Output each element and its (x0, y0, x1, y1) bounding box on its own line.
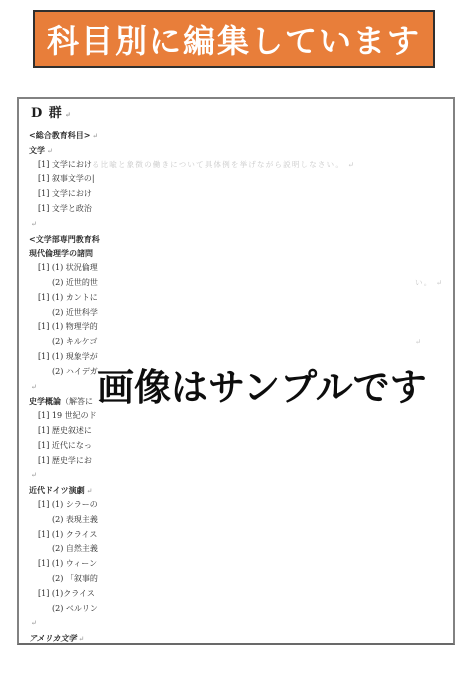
banner-label: 科目別に編集しています (47, 16, 421, 62)
doc-line-text: アメリカ文学 (29, 633, 76, 643)
doc-line: [1] 歴史学にお (29, 454, 443, 469)
doc-line: [1] (1) 物理学的 (29, 320, 443, 335)
doc-line-text: 近代ドイツ演劇 (29, 485, 85, 495)
doc-line: [1] 文学における比喩と象徴の働きについて具体例を挙げながら説明しなさい。 ↵ (29, 158, 443, 173)
sample-banner: 科目別に編集しています (33, 10, 435, 68)
doc-line: アメリカ文学↵ (29, 631, 443, 646)
faint-text: る比喩と象徴の働きについて具体例を挙げながら説明しなさい。 ↵ (92, 160, 355, 169)
return-mark: ↵ (31, 383, 37, 391)
doc-line-text: [1] (1) 現象学が (38, 352, 98, 361)
doc-line-text: [1] (1) クライス (38, 530, 97, 539)
document-group-title: D 群↵ (31, 102, 72, 121)
return-mark: ↵ (31, 619, 37, 627)
doc-line: ↵ (29, 468, 443, 483)
doc-line-text: [1] (1) 状況倫理 (38, 263, 98, 272)
doc-line-text: 史学概論 (29, 396, 61, 406)
doc-line-text: [1] (1) シラーの (38, 500, 98, 509)
doc-line: ↵ (29, 616, 443, 631)
doc-line-text: [1] 近代になっ (38, 441, 92, 450)
doc-line: [1] 歴史叙述に (29, 424, 443, 439)
doc-line-text: [1] 19 世紀のド (38, 411, 97, 420)
doc-line-text: [1] 歴史学にお (38, 456, 92, 465)
doc-line: [1] (1) ウィーン (29, 557, 443, 572)
doc-line-text: (2) 近世科学 (52, 308, 98, 317)
group-title-text: D 群 (31, 106, 63, 121)
doc-line: (2) 近世的世い。 ↵ (29, 276, 443, 291)
doc-line-text: 現代倫理学の諸問 (29, 248, 93, 258)
doc-line: [1] (1)クライス (29, 587, 443, 602)
doc-line: <総合教育科目>↵ (29, 128, 443, 143)
doc-line: [1] 19 世紀のド (29, 409, 443, 424)
doc-line: 文学↵ (29, 143, 443, 158)
doc-line-text: (2) 近世的世 (52, 278, 98, 287)
return-mark: ↵ (31, 471, 37, 479)
doc-line-suffix: （解答に (61, 397, 93, 406)
faint-text: ↵ (415, 335, 422, 350)
doc-line-text: 文学 (29, 145, 45, 155)
doc-line-text: [1] (1) ウィーン (38, 559, 97, 568)
doc-line: [1] 文学と政治 (29, 202, 443, 217)
doc-line-text: (2) 表現主義 (52, 515, 98, 524)
doc-line: (2) 「叙事的 (29, 572, 443, 587)
doc-line: [1] 近代になっ (29, 439, 443, 454)
return-mark: ↵ (31, 220, 37, 228)
doc-line: <文学部専門教育科 (29, 232, 443, 247)
doc-line: [1] 文学におけ (29, 187, 443, 202)
doc-line-text: <文学部専門教育科 (29, 234, 100, 244)
doc-line: 近代ドイツ演劇↵ (29, 483, 443, 498)
doc-line-text: <総合教育科目> (29, 130, 90, 140)
doc-line-text: [1] (1)クライス (38, 589, 95, 598)
return-mark: ↵ (87, 487, 93, 495)
doc-line: [1] (1) カントに (29, 291, 443, 306)
doc-line: (2) 自然主義 (29, 542, 443, 557)
doc-line: [1] 叙事文学の| (29, 172, 443, 187)
doc-line: (2) キルケゴ↵ (29, 335, 443, 350)
doc-line-text: (2) 「叙事的 (52, 574, 98, 583)
doc-line-text: (2) ハイデガ (52, 367, 98, 376)
doc-line-text: [1] (1) 物理学的 (38, 322, 98, 331)
return-mark: ↵ (92, 132, 98, 140)
doc-line-text: [1] (1) カントに (38, 293, 98, 302)
doc-line-text: (2) 自然主義 (52, 544, 98, 553)
return-mark: ↵ (65, 110, 72, 119)
doc-line-text: [1] 文学におけ (38, 160, 92, 169)
doc-line: 現代倫理学の諸問 (29, 246, 443, 261)
document-page: D 群↵ <総合教育科目>↵文学↵[1] 文学における比喩と象徴の働きについて具… (17, 97, 455, 645)
doc-line: [1] (1) クライス (29, 528, 443, 543)
doc-line: (2) 表現主義 (29, 513, 443, 528)
doc-line-text: [1] 文学と政治 (38, 204, 92, 213)
doc-line-text: [1] 叙事文学の| (38, 174, 95, 183)
doc-line-text: [1] 文学におけ (38, 189, 92, 198)
doc-line-text: (2) キルケゴ (52, 337, 97, 346)
doc-line-text: [1] 歴史叙述に (38, 426, 92, 435)
return-mark: ↵ (78, 635, 84, 643)
doc-line-text: (2) ベルリン (52, 604, 98, 613)
sample-watermark: 画像はサンプルです (97, 357, 427, 411)
faint-text: い。 ↵ (415, 276, 443, 291)
doc-line: [1] (1) シラーの (29, 498, 443, 513)
return-mark: ↵ (47, 147, 53, 155)
doc-line: (2) ベルリン (29, 602, 443, 617)
doc-line: [1] (1) 状況倫理 (29, 261, 443, 276)
doc-line: ↵ (29, 217, 443, 232)
doc-line: (2) 近世科学 (29, 306, 443, 321)
